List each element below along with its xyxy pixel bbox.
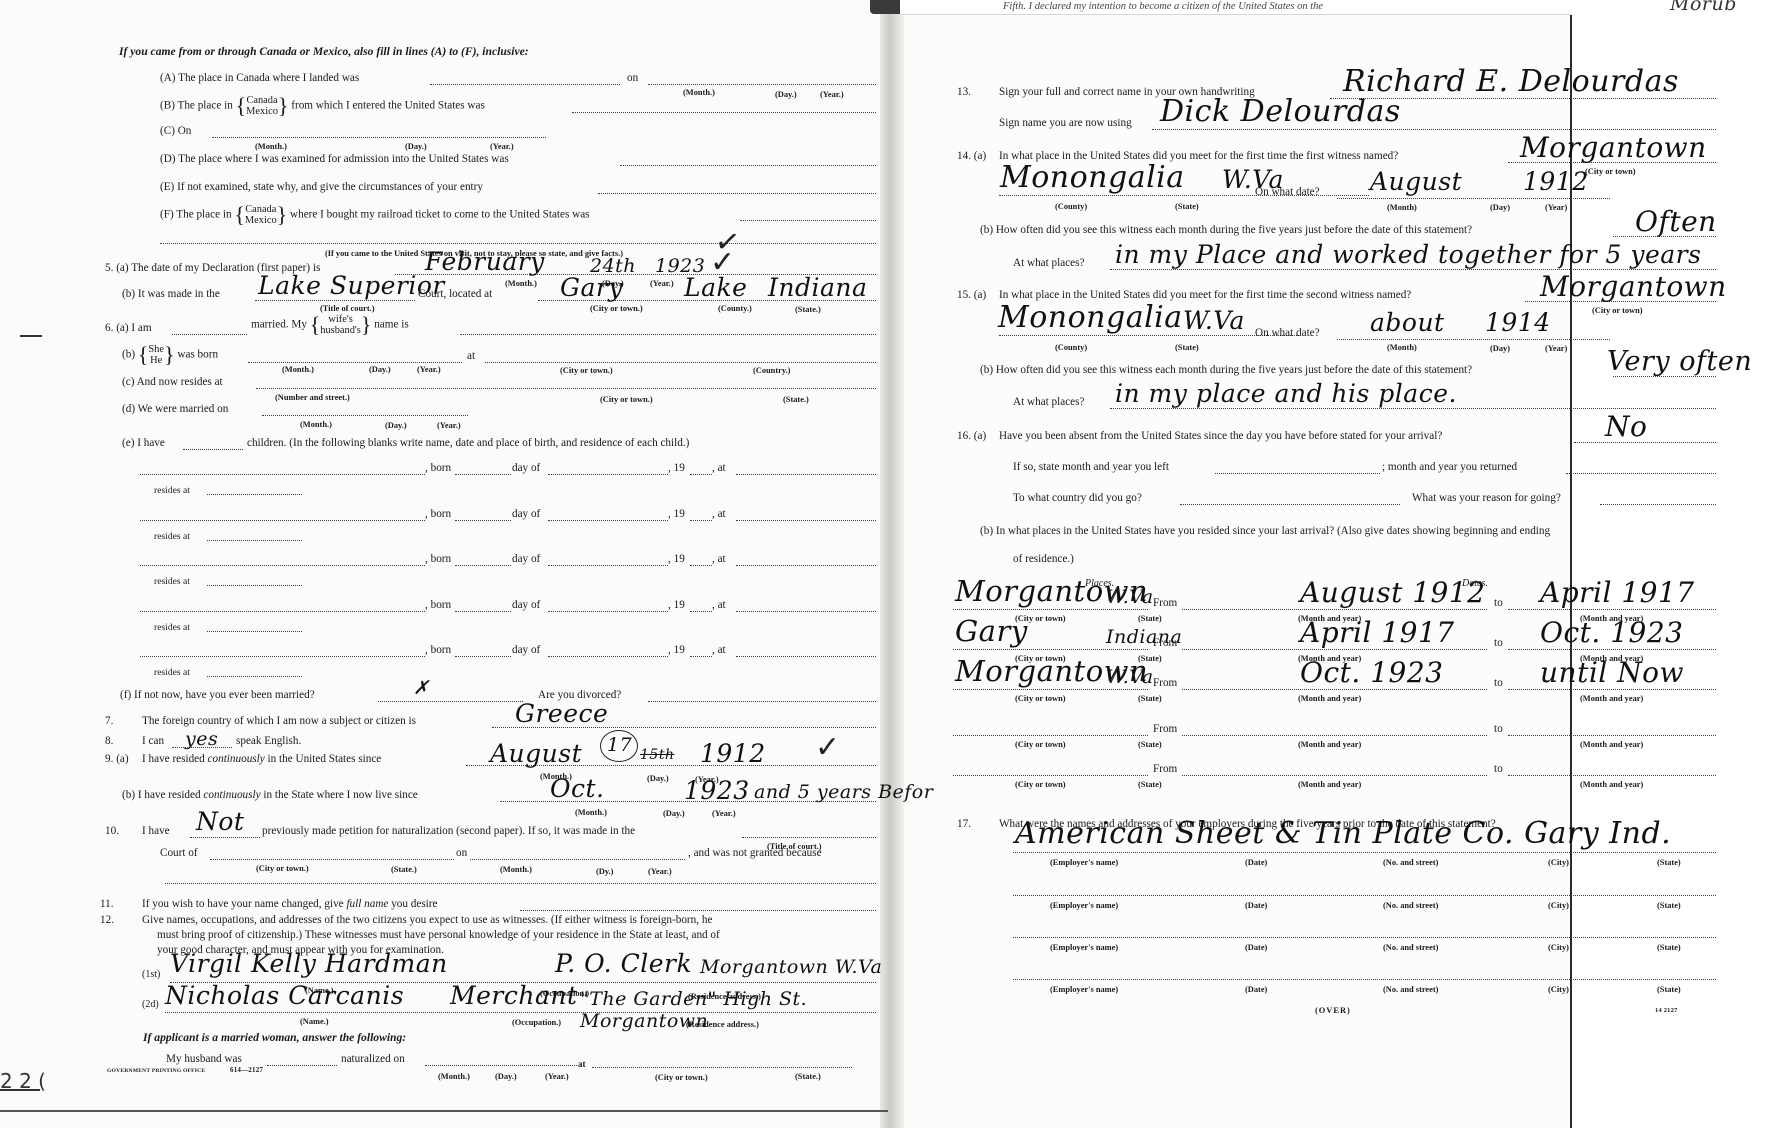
- q15-year-value: 1914: [1485, 311, 1551, 335]
- witness2-name: Nicholas Carcanis: [165, 984, 404, 1008]
- day-of-label: day of: [512, 553, 540, 566]
- line-b-prefix: (B) The place in: [160, 100, 233, 112]
- q14b-label: (b) How often did you see this witness e…: [980, 224, 1472, 237]
- line-f-continuation[interactable]: [160, 243, 876, 244]
- child-residence-field[interactable]: [207, 676, 302, 677]
- child-month-field[interactable]: [548, 611, 668, 612]
- child-residence-field[interactable]: [207, 631, 302, 632]
- from-label: From: [1153, 677, 1177, 690]
- year-caption: (Year): [1545, 342, 1567, 355]
- month-year-caption: (Month and year): [1298, 692, 1361, 705]
- employer-column-caption: (State): [1657, 899, 1681, 912]
- line-b-field[interactable]: [572, 112, 876, 113]
- year-19-label: , 19: [668, 644, 685, 657]
- city-caption: (City or town): [1015, 692, 1066, 705]
- checkmark-icon: ✓: [815, 730, 840, 765]
- q10-prefix: I have: [142, 825, 170, 838]
- employer-value: American Sheet & Tin Plate Co. Gary Ind.: [1015, 822, 1671, 846]
- name-caption: (Name.): [300, 1015, 329, 1028]
- absent-value: No: [1605, 415, 1647, 439]
- employer-column-caption: (Date): [1245, 856, 1267, 869]
- not-granted-label: , and was not granted because: [688, 847, 822, 860]
- q16-number: 16. (a): [957, 430, 986, 443]
- city-caption: (City or town): [1015, 738, 1066, 751]
- at-label: at: [467, 350, 475, 363]
- ever-married-field[interactable]: [378, 701, 523, 702]
- q14-year-value: 1912: [1523, 170, 1589, 194]
- husband-field[interactable]: [267, 1065, 337, 1066]
- day-caption: (Day.): [385, 419, 407, 432]
- day-caption: (Dy.): [596, 865, 613, 878]
- husband-place-field[interactable]: [592, 1067, 852, 1068]
- line-a-field[interactable]: [430, 84, 620, 85]
- resides-at-label: resides at: [154, 666, 190, 679]
- line-d-field[interactable]: [620, 165, 876, 166]
- q7-label: The foreign country of which I am now a …: [142, 715, 416, 728]
- child-residence-field[interactable]: [207, 494, 302, 495]
- born-label: , born: [425, 553, 451, 566]
- residence-city-value: Gary: [955, 619, 1028, 643]
- form-number-right: 14 2127: [1655, 1004, 1678, 1017]
- month-year-caption: (Month and year): [1580, 778, 1643, 791]
- child-birthplace-field[interactable]: [736, 520, 876, 521]
- year-19-label: , 19: [668, 508, 685, 521]
- q11-number: 11.: [100, 898, 114, 911]
- child-day-field[interactable]: [455, 656, 511, 657]
- left-date-field[interactable]: [1215, 473, 1380, 474]
- witness1-ordinal: (1st): [142, 968, 160, 981]
- state-caption: (State.): [795, 303, 821, 316]
- q15-city-value: Morgantown: [1540, 275, 1727, 299]
- residence-from-value: April 1917: [1300, 621, 1455, 645]
- returned-date-field[interactable]: [1566, 473, 1716, 474]
- q14-date-field[interactable]: [1337, 198, 1610, 199]
- q10-suffix: previously made petition for naturalizat…: [262, 825, 635, 838]
- city-caption: (City or town): [1592, 304, 1643, 317]
- at-label: , at: [712, 462, 726, 475]
- child-year-field[interactable]: [690, 520, 712, 521]
- state-caption: (State.): [783, 393, 809, 406]
- fifth-handwritten-fragment: Morub: [1670, 0, 1737, 16]
- residence-from-field[interactable]: [1182, 775, 1487, 776]
- prior-court-field[interactable]: [742, 837, 876, 838]
- mexico-option: Mexico: [245, 215, 277, 226]
- q9a-post: in the United States since: [268, 753, 382, 765]
- q13-now-label: Sign name you are now using: [999, 117, 1132, 130]
- month-caption: (Month.): [575, 806, 607, 819]
- child-day-field[interactable]: [455, 520, 511, 521]
- day-caption: (Day.): [495, 1070, 517, 1083]
- naturalized-label: naturalized on: [341, 1053, 405, 1066]
- residence-to-field[interactable]: [1508, 689, 1716, 690]
- employer-column-caption: (No. and street): [1383, 983, 1438, 996]
- residence-from-field[interactable]: [1182, 689, 1487, 690]
- q12-line1: Give names, occupations, and addresses o…: [142, 914, 712, 927]
- employer-column-caption: (No. and street): [1383, 899, 1438, 912]
- employer-column-caption: (No. and street): [1383, 941, 1438, 954]
- city-caption: (City or town.): [256, 862, 309, 875]
- at-label: at: [578, 1058, 586, 1071]
- residence-to-field[interactable]: [1508, 609, 1716, 610]
- q6d-label: (d) We were married on: [122, 403, 228, 416]
- day-of-label: day of: [512, 462, 540, 475]
- employer-column-caption: (State): [1657, 983, 1681, 996]
- q9b-post: in the State where I now live since: [263, 789, 417, 801]
- resides-at-label: resides at: [154, 530, 190, 543]
- q9b-note-value: and 5 years Befor: [754, 780, 933, 804]
- q15-date-field[interactable]: [1337, 339, 1610, 340]
- married-woman-heading: If applicant is a married woman, answer …: [143, 1031, 406, 1044]
- husband-date-field[interactable]: [425, 1065, 577, 1066]
- q8-prefix: I can: [142, 735, 164, 748]
- month-caption: (Month.): [282, 363, 314, 376]
- q6a-mid: married. My: [251, 319, 307, 331]
- reason-label: What was your reason for going?: [1412, 492, 1561, 505]
- marriage-date-field[interactable]: [262, 415, 468, 416]
- residence-to-field[interactable]: [1508, 649, 1716, 650]
- cross-mark: ✗: [413, 676, 429, 700]
- wife-option: wife's: [328, 314, 352, 325]
- book-gutter: [880, 0, 904, 1128]
- employer-column-caption: (Date): [1245, 983, 1267, 996]
- prior-petition-field[interactable]: [190, 837, 260, 838]
- year-caption: (Year.): [712, 807, 736, 820]
- month-caption: (Month.): [300, 418, 332, 431]
- residence-state-value: Indiana: [1106, 625, 1182, 649]
- employer-field[interactable]: [1013, 895, 1716, 896]
- line-f-label: (F) The place in {CanadaMexico} where I …: [160, 202, 590, 228]
- country-label: To what country did you go?: [1013, 492, 1142, 505]
- residence-to-value: Oct. 1923: [1540, 621, 1683, 645]
- q9b-month-value: Oct.: [550, 777, 605, 801]
- residence-to-value: until Now: [1540, 661, 1684, 685]
- q9a-label: I have resided continuously in the Unite…: [142, 753, 381, 766]
- reason-field[interactable]: [1600, 504, 1716, 505]
- children-count-field[interactable]: [183, 449, 243, 450]
- month-caption: (Month.): [683, 86, 715, 99]
- child-year-field[interactable]: [690, 565, 712, 566]
- born-label: , born: [425, 508, 451, 521]
- q16b-label: (b) In what places in the United States …: [980, 525, 1550, 538]
- born-label: , born: [425, 644, 451, 657]
- to-label: to: [1494, 597, 1503, 610]
- q15-places-value: in my place and his place.: [1115, 382, 1457, 406]
- q11-post: you desire: [391, 898, 437, 910]
- child-name-field[interactable]: [140, 656, 425, 657]
- city-caption: (City or town): [1015, 778, 1066, 791]
- q6e-suffix: children. (In the following blanks write…: [247, 437, 689, 450]
- child-name-field[interactable]: [140, 565, 425, 566]
- employer-column-caption: (Employer's name): [1050, 899, 1118, 912]
- q15-number: 15. (a): [957, 289, 986, 302]
- q14-places-label: At what places?: [1013, 257, 1084, 270]
- to-label: to: [1494, 723, 1503, 736]
- child-residence-field[interactable]: [207, 540, 302, 541]
- citizenship-value: Greece: [515, 702, 608, 726]
- employer-column-caption: (City): [1548, 856, 1569, 869]
- residence-to-value: April 1917: [1540, 581, 1695, 605]
- q6a-married-field[interactable]: [172, 334, 247, 335]
- q14-county-value: Monongalia: [1000, 166, 1185, 190]
- day-of-label: day of: [512, 508, 540, 521]
- residence-from-field[interactable]: [1182, 649, 1487, 650]
- q11-em: full name: [346, 898, 388, 910]
- year-caption: (Year.): [820, 88, 844, 101]
- employer-field[interactable]: [1013, 979, 1716, 980]
- witness1-name: Virgil Kelly Hardman: [170, 952, 448, 976]
- resides-at-label: resides at: [154, 621, 190, 634]
- printer-mark: GOVERNMENT PRINTING OFFICE: [107, 1065, 205, 1078]
- q15-places-field[interactable]: [1110, 408, 1716, 409]
- q10-number: 10.: [105, 825, 119, 838]
- child-birthplace-field[interactable]: [736, 565, 876, 566]
- year-caption: (Year.): [490, 140, 514, 153]
- q6a-prefix: 6. (a) I am: [105, 322, 152, 335]
- witness1-occupation: P. O. Clerk: [555, 952, 692, 976]
- q15-often-value: Very often: [1607, 350, 1752, 374]
- child-month-field[interactable]: [548, 474, 668, 475]
- margin-mark: [20, 335, 42, 337]
- q8-suffix: speak English.: [236, 735, 301, 748]
- q14-city-value: Morgantown: [1520, 136, 1707, 160]
- from-label: From: [1153, 597, 1177, 610]
- residence-place-field[interactable]: [953, 689, 1148, 690]
- county-caption: (County.): [718, 302, 752, 315]
- residence-place-field[interactable]: [953, 609, 1148, 610]
- year-caption: (Year.): [650, 277, 674, 290]
- month-caption: (Month.): [438, 1070, 470, 1083]
- city-caption: (City or town.): [590, 302, 643, 315]
- line-e-label: (E) If not examined, state why, and give…: [160, 181, 483, 194]
- day-caption: (Day.): [663, 807, 685, 820]
- line-e-field[interactable]: [598, 193, 876, 194]
- prior-date-field[interactable]: [470, 859, 685, 860]
- child-day-field[interactable]: [455, 565, 511, 566]
- day-of-label: day of: [512, 599, 540, 612]
- q5b-label: (b) It was made in the: [122, 288, 220, 301]
- q14-often-value: Often: [1635, 210, 1717, 234]
- city-caption: (City or town.): [560, 364, 613, 377]
- current-signature-field[interactable]: [1152, 129, 1716, 130]
- child-name-field[interactable]: [140, 611, 425, 612]
- residence-from-field[interactable]: [1182, 735, 1487, 736]
- q8-number: 8.: [105, 735, 113, 748]
- at-label: , at: [712, 644, 726, 657]
- employer-field[interactable]: [1013, 852, 1716, 853]
- day-caption: (Day): [1490, 342, 1510, 355]
- line-d-label: (D) The place where I was examined for a…: [160, 153, 509, 166]
- residence-place-field[interactable]: [953, 649, 1148, 650]
- q14-month-value: August: [1370, 170, 1462, 194]
- q7-number: 7.: [105, 715, 113, 728]
- q6c-label: (c) And now resides at: [122, 376, 223, 389]
- q5b-county-value: Lake: [684, 276, 747, 300]
- line-b-suffix: from which I entered the United States w…: [291, 100, 485, 112]
- q9a-em: continuously: [208, 753, 265, 765]
- residence-state-value: W.Va: [1106, 665, 1154, 689]
- residence-from-field[interactable]: [1182, 609, 1487, 610]
- month-caption: (Month.): [255, 140, 287, 153]
- canada-option: Canada: [246, 95, 277, 106]
- new-name-field[interactable]: [520, 910, 876, 911]
- q14-number: 14. (a): [957, 150, 986, 163]
- line-f-suffix: where I bought my railroad ticket to com…: [290, 209, 590, 221]
- born-label: , born: [425, 462, 451, 475]
- at-label: , at: [712, 553, 726, 566]
- street-caption: (Number and street.): [275, 391, 350, 404]
- employer-column-caption: (Employer's name): [1050, 856, 1118, 869]
- state-caption: (State): [1175, 341, 1199, 354]
- she-option: She: [148, 344, 164, 355]
- q15-county-state-field[interactable]: [999, 335, 1299, 336]
- month-year-caption: (Month and year): [1580, 738, 1643, 751]
- child-residence-field[interactable]: [207, 585, 302, 586]
- child-birthplace-field[interactable]: [736, 611, 876, 612]
- month-caption: (Month): [1387, 201, 1417, 214]
- q12-number: 12.: [100, 914, 114, 927]
- child-year-field[interactable]: [690, 474, 712, 475]
- employer-column-caption: (State): [1657, 856, 1681, 869]
- from-label: From: [1153, 763, 1177, 776]
- line-c-field[interactable]: [212, 137, 546, 138]
- child-month-field[interactable]: [548, 565, 668, 566]
- q9b-label: (b) I have resided continuously in the S…: [122, 789, 418, 802]
- month-year-caption: (Month and year): [1298, 738, 1361, 751]
- q15-month-value: about: [1370, 311, 1445, 335]
- q16a-label: Have you been absent from the United Sta…: [999, 430, 1442, 443]
- child-birthplace-field[interactable]: [736, 656, 876, 657]
- to-label: to: [1494, 763, 1503, 776]
- month-caption: (Month.): [500, 863, 532, 876]
- year-19-label: , 19: [668, 599, 685, 612]
- employer-field[interactable]: [1013, 937, 1716, 938]
- q9a-day-value: 17: [607, 733, 632, 757]
- born-label: , born: [425, 599, 451, 612]
- court-of-label: Court of: [160, 847, 198, 860]
- city-caption: (City or town): [1585, 165, 1636, 178]
- line-f-field[interactable]: [740, 220, 876, 221]
- country-field[interactable]: [1180, 504, 1400, 505]
- q11-label: If you wish to have your name changed, g…: [142, 898, 437, 911]
- month-year-caption: (Month and year): [1580, 692, 1643, 705]
- form-number-left: 614—2127: [230, 1064, 263, 1077]
- month-year-caption: (Month and year): [1298, 778, 1361, 791]
- spouse-birthplace-field[interactable]: [485, 362, 876, 363]
- residence-from-value: August 1912: [1300, 581, 1486, 605]
- child-day-field[interactable]: [455, 474, 511, 475]
- q11-pre: If you wish to have your name changed, g…: [142, 898, 344, 910]
- employer-column-caption: (Employer's name): [1050, 941, 1118, 954]
- to-label: to: [1494, 677, 1503, 690]
- page-bottom-edge: [0, 1110, 888, 1112]
- child-month-field[interactable]: [548, 656, 668, 657]
- line-a-label: (A) The place in Canada where I landed w…: [160, 72, 359, 85]
- city-caption: (City or town.): [600, 393, 653, 406]
- employer-column-caption: (City): [1548, 899, 1569, 912]
- residence-to-field[interactable]: [1508, 775, 1716, 776]
- resides-at-label: resides at: [154, 575, 190, 588]
- day-caption: (Day.): [405, 140, 427, 153]
- spouse-name-field[interactable]: [460, 334, 876, 335]
- spouse-residence-field[interactable]: [256, 388, 876, 389]
- address-caption: (Residence address.): [686, 1018, 759, 1031]
- child-day-field[interactable]: [455, 611, 511, 612]
- current-signature-value: Dick Delourdas: [1160, 100, 1401, 124]
- year-caption: (Year): [1545, 201, 1567, 214]
- line-c-label: (C) On: [160, 125, 191, 138]
- q5b-located-label: Court, located at: [418, 288, 492, 301]
- returned-date-label: ; month and year you returned: [1382, 461, 1517, 474]
- state-caption: (State.): [795, 1070, 821, 1083]
- q9b-pre: (b) I have resided: [122, 789, 201, 801]
- year-caption: (Year.): [437, 419, 461, 432]
- q5b-court-value: Lake Superior: [258, 274, 445, 298]
- not-granted-reason-field[interactable]: [165, 883, 876, 884]
- q15b-label: (b) How often did you see this witness e…: [980, 364, 1472, 377]
- residence-place-field[interactable]: [953, 735, 1148, 736]
- child-name-field[interactable]: [140, 474, 425, 475]
- employer-column-caption: (Date): [1245, 899, 1267, 912]
- day-caption: (Day): [1490, 201, 1510, 214]
- q9b-year-value: 1923: [684, 779, 750, 803]
- q9a-month-value: August: [490, 742, 582, 766]
- q9a-day-struck: 15th: [640, 743, 674, 767]
- mexico-option: Mexico: [246, 106, 278, 117]
- prior-court-city-field[interactable]: [210, 859, 454, 860]
- state-caption: (State): [1138, 692, 1162, 705]
- line-a-date-field[interactable]: [648, 84, 876, 85]
- q16b-label2: of residence.): [1013, 553, 1074, 566]
- q9a-year-value: 1912: [700, 742, 766, 766]
- state-caption: (State): [1138, 612, 1162, 625]
- on-label: on: [456, 847, 467, 860]
- q12-line2: must bring proof of citizenship.) These …: [157, 929, 720, 942]
- divorced-field[interactable]: [648, 701, 876, 702]
- state-caption: (State.): [391, 863, 417, 876]
- q6a-label: married. My {wife'shusband's} name is: [251, 312, 409, 338]
- year-caption: (Year.): [545, 1070, 569, 1083]
- residence-from-value: Oct. 1923: [1300, 661, 1443, 685]
- child-month-field[interactable]: [548, 520, 668, 521]
- residence-state-value: W.Va: [1106, 585, 1154, 609]
- q5b-court-field[interactable]: [255, 300, 415, 301]
- q15-date-label: On what date?: [1255, 327, 1320, 340]
- child-year-field[interactable]: [690, 656, 712, 657]
- child-birthplace-field[interactable]: [736, 474, 876, 475]
- employer-column-caption: (No. and street): [1383, 856, 1438, 869]
- residence-place-field[interactable]: [953, 775, 1148, 776]
- q15-county-value: Monongalia: [998, 306, 1183, 330]
- he-option: He: [150, 355, 162, 366]
- page-number: 2 2 (: [0, 1075, 46, 1088]
- over-label: (OVER): [1315, 1004, 1351, 1017]
- employer-column-caption: (City): [1548, 941, 1569, 954]
- child-name-field[interactable]: [140, 520, 425, 521]
- witness1-address: Morgantown W.Va: [700, 955, 882, 979]
- day-of-label: day of: [512, 644, 540, 657]
- to-label: to: [1494, 637, 1503, 650]
- resides-at-label: resides at: [154, 484, 190, 497]
- day-caption: (Day.): [775, 88, 797, 101]
- left-date-label: If so, state month and year you left: [1013, 461, 1169, 474]
- employer-column-caption: (Date): [1245, 941, 1267, 954]
- scan-margin: [1572, 14, 1776, 1128]
- residence-to-field[interactable]: [1508, 735, 1716, 736]
- q14-places-value: in my Place and worked together for 5 ye…: [1115, 243, 1701, 267]
- child-year-field[interactable]: [690, 611, 712, 612]
- q9-number: 9. (a): [105, 753, 129, 766]
- english-value: yes: [185, 727, 218, 751]
